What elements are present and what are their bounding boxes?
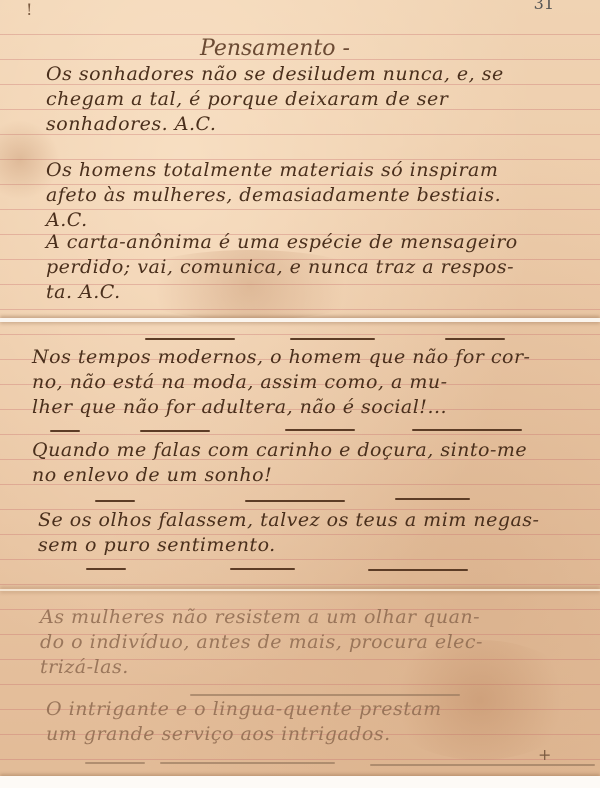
text-line: no, não está na moda, assim como, a mu-	[32, 370, 552, 395]
text-line: sem o puro sentimento.	[38, 533, 558, 558]
divider-stroke	[50, 430, 80, 432]
divider-stroke	[140, 430, 210, 432]
text-line: A carta-anônima é uma espécie de mensage…	[46, 230, 566, 255]
aphorism-entry: Se os olhos falassem, talvez os teus a m…	[38, 508, 558, 558]
text-line: sonhadores. A.C.	[46, 112, 566, 137]
aphorism-entry: A carta-anônima é uma espécie de mensage…	[46, 230, 566, 305]
aphorism-entry: As mulheres não resistem a um olhar quan…	[40, 605, 560, 680]
divider-stroke	[412, 429, 522, 431]
text-line: ta. A.C.	[46, 280, 566, 305]
manuscript-page: 31 ! Pensamento - Os sonhadores não se d…	[0, 0, 600, 788]
text-line: no enlevo de um sonho!	[32, 463, 552, 488]
divider-stroke	[145, 338, 235, 340]
divider-stroke	[285, 429, 355, 431]
cross-mark: +	[538, 745, 551, 764]
text-line: Nos tempos modernos, o homem que não for…	[32, 345, 552, 370]
page-title: Pensamento -	[200, 36, 350, 61]
ink-mark: !	[26, 0, 32, 19]
text-line: do o indivíduo, antes de mais, procura e…	[40, 630, 560, 655]
divider-stroke	[395, 498, 470, 500]
divider-stroke	[445, 338, 505, 340]
divider-stroke	[190, 694, 460, 696]
divider-stroke	[368, 569, 468, 571]
text-line: Se os olhos falassem, talvez os teus a m…	[38, 508, 558, 533]
text-line: Os sonhadores não se desiludem nunca, e,…	[46, 62, 566, 87]
divider-stroke	[370, 764, 595, 766]
divider-stroke	[95, 500, 135, 502]
aphorism-entry: Os homens totalmente materiais só inspir…	[46, 158, 566, 233]
aphorism-entry: Os sonhadores não se desiludem nunca, e,…	[46, 62, 566, 137]
divider-stroke	[230, 568, 295, 570]
paper-fold	[0, 589, 600, 591]
text-line: chegam a tal, é porque deixaram de ser	[46, 87, 566, 112]
paper-edge	[0, 776, 600, 788]
aphorism-entry: Nos tempos modernos, o homem que não for…	[32, 345, 552, 420]
text-line: Os homens totalmente materiais só inspir…	[46, 158, 566, 183]
text-line: um grande serviço aos intrigados.	[46, 722, 566, 747]
text-line: lher que não for adultera, não é social!…	[32, 395, 552, 420]
divider-stroke	[290, 338, 375, 340]
aphorism-entry: O intrigante e o lingua-quente prestam u…	[46, 697, 566, 747]
page-number: 31	[534, 0, 554, 13]
text-line: Quando me falas com carinho e doçura, si…	[32, 438, 552, 463]
aphorism-entry: Quando me falas com carinho e doçura, si…	[32, 438, 552, 488]
divider-stroke	[160, 762, 335, 764]
divider-stroke	[86, 568, 126, 570]
paper-fold	[0, 318, 600, 322]
text-line: perdido; vai, comunica, e nunca traz a r…	[46, 255, 566, 280]
text-line: As mulheres não resistem a um olhar quan…	[40, 605, 560, 630]
divider-stroke	[85, 762, 145, 764]
text-line: afeto às mulheres, demasiadamente bestia…	[46, 183, 566, 208]
divider-stroke	[245, 500, 345, 502]
text-line: trizá-las.	[40, 655, 560, 680]
text-line: O intrigante e o lingua-quente prestam	[46, 697, 566, 722]
